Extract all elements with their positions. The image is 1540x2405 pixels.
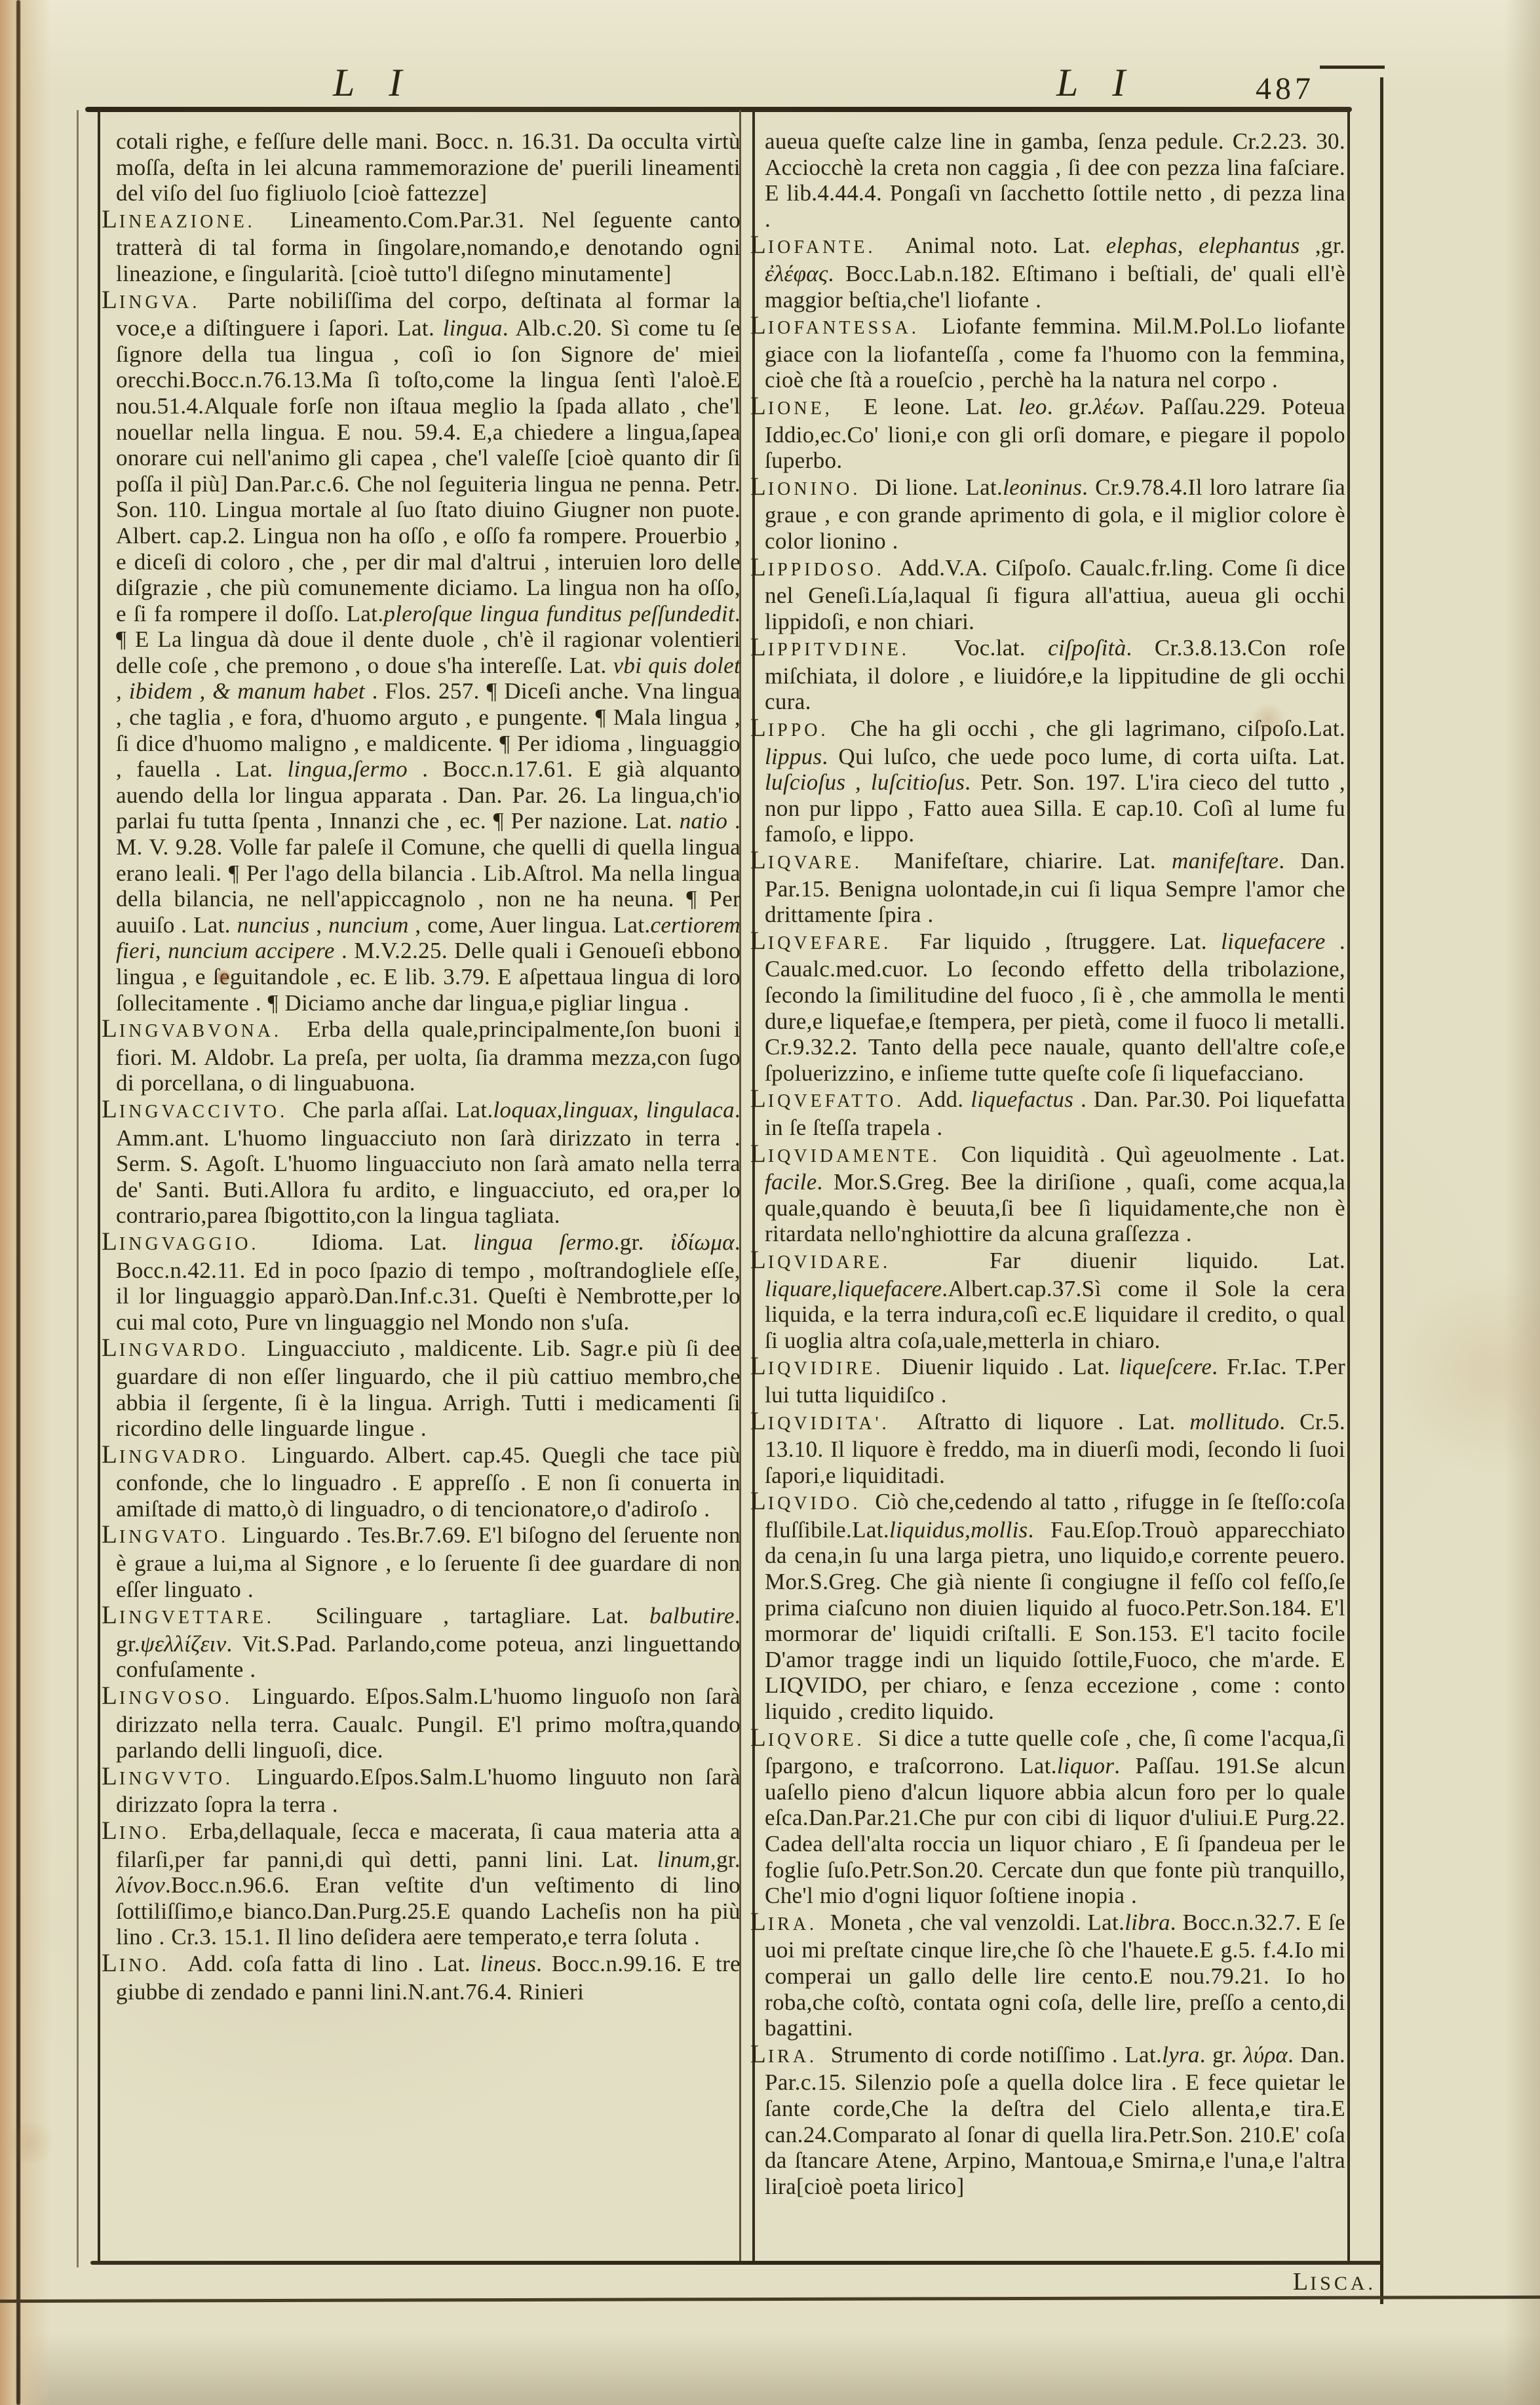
entry-headword: LINGVVTO. — [102, 1769, 233, 1789]
dictionary-entry: LINGVARDO. Linguacciuto , maldicente. Li… — [102, 1335, 741, 1441]
dictionary-entry: LIRA. Strumento di corde notiſſimo . Lat… — [750, 2041, 1345, 2200]
catchword: LISCA. — [1180, 2267, 1376, 2296]
dictionary-entry: LIQVIDARE. Far diuenir liquido. Lat. liq… — [750, 1247, 1345, 1353]
entry-continuation: cotali righe, e feſſure delle mani. Bocc… — [102, 128, 741, 206]
entry-headword: LIQVORE. — [750, 1730, 865, 1750]
entry-headword: LIQVARE. — [750, 853, 862, 873]
entry-headword: LIONE, — [750, 398, 833, 419]
dictionary-entry: LIQVEFATTO. Add. liquefactus . Dan. Par.… — [750, 1086, 1345, 1140]
dictionary-entry: LIQVORE. Si dice a tutte quelle coſe , c… — [750, 1725, 1345, 1909]
entry-headword: LINGVABVONA. — [102, 1021, 282, 1041]
paper-stain — [1396, 1265, 1540, 1481]
dictionary-entry: LINO. Erba,dellaquale, ſecca e macerata,… — [102, 1818, 741, 1950]
dictionary-entry: LIQVEFARE. Far liquido , ſtruggere. Lat.… — [750, 928, 1345, 1087]
entry-headword: LIQVIDITA'. — [750, 1414, 890, 1434]
entry-headword: LINGVAGGIO. — [102, 1234, 259, 1254]
entry-headword: LINGVADRO. — [102, 1447, 249, 1467]
dictionary-entry: LIQVIDITA'. Aſtratto di liquore . Lat. m… — [750, 1408, 1345, 1489]
entry-headword: LINGVACCIVTO. — [102, 1102, 288, 1122]
dictionary-entry: LINGVADRO. Linguardo. Albert. cap.45. Qu… — [102, 1442, 741, 1522]
dictionary-entry: LIOFANTE. Animal noto. Lat. elephas, ele… — [750, 232, 1345, 313]
page-gutter-shadow — [16, 0, 20, 2405]
dictionary-entry: LINGVOSO. Linguardo. Eſpos.Salm.L'huomo … — [102, 1683, 741, 1763]
entry-headword: LIONINO. — [750, 479, 860, 499]
entry-headword: LIPPO. — [750, 720, 829, 741]
dictionary-entry: LIOFANTESSA. Liofante femmina. Mil.M.Pol… — [750, 313, 1345, 393]
entry-headword: LIQVEFARE. — [750, 933, 891, 953]
text-column-left: cotali righe, e feſſure delle mani. Bocc… — [102, 128, 741, 2005]
frame-right-outer-rule — [1380, 77, 1383, 2304]
entry-headword: LINGVOSO. — [102, 1688, 233, 1708]
entry-headword: LIQVIDARE. — [750, 1252, 891, 1273]
dictionary-entry: LINGVACCIVTO. Che parla aſſai. Lat.loqua… — [102, 1096, 741, 1229]
frame-bottom-rule — [90, 2261, 1383, 2265]
entry-headword: LIQVIDIRE. — [750, 1358, 883, 1379]
dictionary-entry: LINGVATO. Linguardo . Tes.Br.7.69. E'l b… — [102, 1522, 741, 1602]
dictionary-entry: LINGVAGGIO. Idioma. Lat. lingua ſermo.gr… — [102, 1229, 741, 1335]
dictionary-entry: LINGVVTO. Linguardo.Eſpos.Salm.L'huomo l… — [102, 1763, 741, 1818]
dictionary-entry: LIQVARE. Manifeſtare, chiarire. Lat. man… — [750, 847, 1345, 928]
entry-headword: LINGVARDO. — [102, 1340, 249, 1360]
top-right-edge-mark — [1320, 66, 1385, 69]
page-number: 487 — [1223, 71, 1315, 107]
text-column-right: aueua queſte calze line in gamba, ſenza … — [750, 128, 1345, 2199]
dictionary-entry: LINO. Add. coſa fatta di lino . Lat. lin… — [102, 1950, 741, 2005]
dictionary-entry: LIRA. Moneta , che val venzoldi. Lat.lib… — [750, 1909, 1345, 2041]
entry-headword: LIOFANTESSA. — [750, 318, 919, 338]
dictionary-entry: LIONINO. Di lione. Lat.leoninus. Cr.9.78… — [750, 474, 1345, 554]
dictionary-entry: LIPPITVDINE. Voc.lat. ciſpoſità. Cr.3.8.… — [750, 634, 1345, 715]
entry-headword: LIQVIDAMENTE. — [750, 1146, 940, 1166]
frame-left-inner-rule — [98, 110, 100, 2263]
dictionary-entry: LIONE, E leone. Lat. leo. gr.λέων. Paſſa… — [750, 393, 1345, 474]
entry-continuation: aueua queſte calze line in gamba, ſenza … — [750, 128, 1345, 232]
entry-headword: LIPPITVDINE. — [750, 640, 910, 660]
dictionary-entry: LINGVABVONA. Erba della quale,principalm… — [102, 1016, 741, 1096]
entry-headword: LINEAZIONE. — [102, 212, 256, 232]
dictionary-entry: LIQVIDAMENTE. Con liquidità . Quì ageuol… — [750, 1141, 1345, 1247]
entry-headword: LIRA. — [750, 1914, 817, 1934]
dictionary-entry: LIQVIDIRE. Diuenir liquido . Lat. liqueſ… — [750, 1353, 1345, 1408]
dictionary-entry: LINGVETTARE. Scilinguare , tartagliare. … — [102, 1602, 741, 1683]
running-head-right: L I — [1056, 60, 1126, 106]
running-head-left: L I — [333, 60, 403, 106]
entry-headword: LIRA. — [750, 2047, 817, 2067]
book-page-scan: L I L I 487 cotali righe, e feſſure dell… — [0, 0, 1540, 2405]
dictionary-entry: LINGVA. Parte nobiliſſima del corpo, deſ… — [102, 287, 741, 1016]
frame-right-inner-rule — [1347, 111, 1350, 2262]
dictionary-entry: LIPPIDOSO. Add.V.A. Ciſpoſo. Caualc.fr.l… — [750, 554, 1345, 635]
entry-headword: LINGVA. — [102, 292, 200, 313]
frame-left-outer-rule — [77, 110, 79, 2267]
dictionary-entry: LIPPO. Che ha gli occhi , che gli lagrim… — [750, 715, 1345, 847]
entry-headword: LIPPIDOSO. — [750, 560, 885, 580]
entry-headword: LINO. — [102, 1823, 170, 1843]
entry-headword: LINGVATO. — [102, 1527, 229, 1547]
dictionary-entry: LINEAZIONE. Lineamento.Com.Par.31. Nel ſ… — [102, 206, 741, 287]
entry-headword: LIQVEFATTO. — [750, 1091, 904, 1111]
entry-headword: LINO. — [102, 1955, 170, 1976]
top-rule — [85, 107, 1352, 112]
dictionary-entry: LIQVIDO. Ciò che,cedendo al tatto , rifu… — [750, 1488, 1345, 1724]
entry-headword: LINGVETTARE. — [102, 1607, 275, 1628]
paper-stain — [0, 2123, 59, 2163]
entry-headword: LIOFANTE. — [750, 237, 876, 258]
page-bottom-edge-rule — [0, 2296, 1540, 2303]
entry-headword: LIQVIDO. — [750, 1493, 860, 1514]
